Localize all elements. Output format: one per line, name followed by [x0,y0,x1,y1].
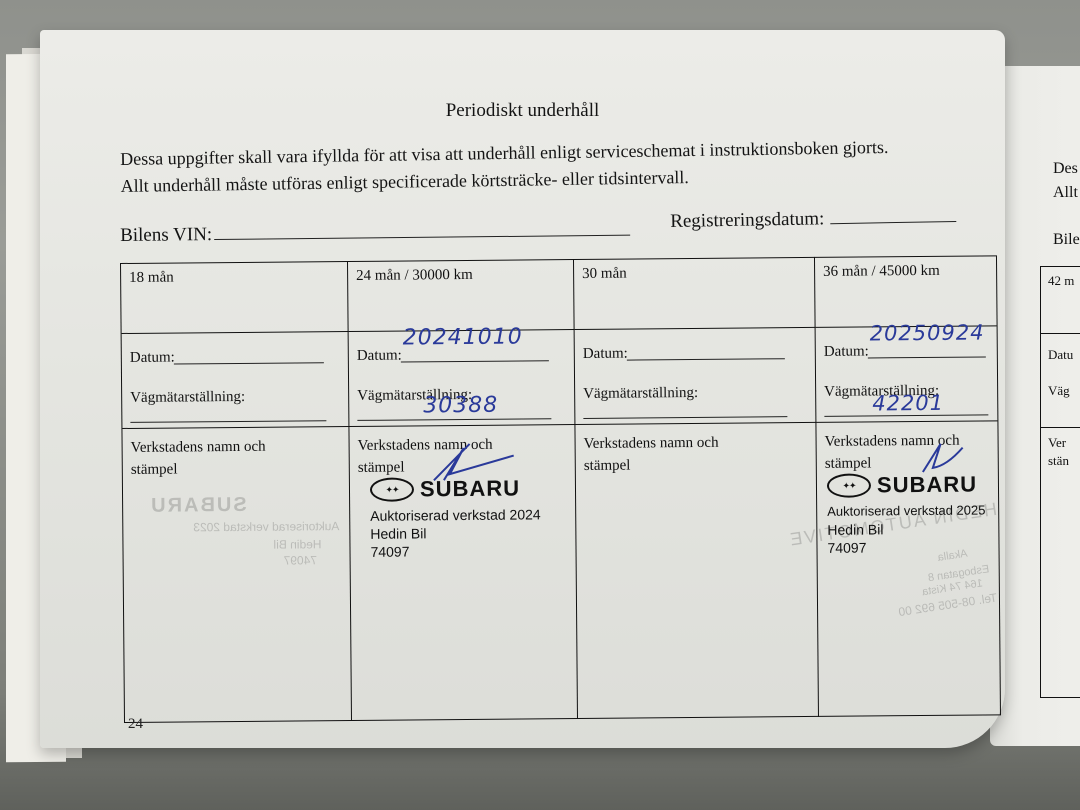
odometer-label: Vägmätarställning: [583,385,698,403]
date-input-line[interactable] [868,356,986,358]
stamp-line: Hedin Bil [827,519,985,538]
stamp-cell[interactable]: Verkstadens namn och stämpel HEDIN AUTOM… [816,420,1000,717]
date-odometer-cell[interactable]: Datum: Vägmätarställning: [575,327,817,425]
signature-mark [917,436,977,477]
bleed-through-stamp-text: Hedin Bil [273,537,321,551]
page-title: Periodiskt underhåll [40,100,1005,122]
vin-label: Bilens VIN: [120,224,212,246]
date-input-line[interactable] [174,362,324,364]
next-page-stamp-label: stän [1048,453,1069,469]
intro-text: Dessa uppgifter skall vara ifyllda för a… [120,132,1001,200]
stamp-line: Auktoriserad verkstad 2024 [370,505,541,524]
interval-cell: 30 mån [574,257,816,330]
odometer-input-line[interactable] [130,420,326,423]
odometer-label: Vägmätarställning: [130,389,245,407]
next-page-text: Allt [1053,184,1078,202]
bleed-through-stamp-text: Auktoriserad verkstad 2023 [193,519,339,534]
date-input-line[interactable] [401,360,549,362]
subaru-logo-icon: ✦✦ [370,477,414,501]
service-table: 18 mån Datum: Vägmätarställning: Verksta… [120,255,999,723]
page-number: 24 [128,716,143,733]
interval-label: 18 mån [129,270,174,287]
date-label: Datum: [357,348,402,365]
stamp-label: Verkstadens namn och stämpel [131,436,266,481]
date-label: Datum: [824,343,869,360]
booklet-page: Periodiskt underhåll Dessa uppgifter ska… [40,30,1005,748]
service-column: 30 mån Datum: Vägmätarställning: Verksta… [573,257,819,719]
stamp-cell[interactable]: Verkstadens namn och stämpel [575,422,819,719]
service-column: 24 mån / 30000 km Datum: 20241010 Vägmät… [347,259,578,721]
stamp-line: Auktoriserad verkstad 2025 [827,501,985,520]
bleed-through-dealer: Tel. 08-505 692 00 [898,591,998,620]
interval-label: 24 mån / 30000 km [356,267,473,285]
stamp-cell[interactable]: Verkstadens namn och stämpel SUBARU Aukt… [122,426,352,723]
vin-field[interactable]: Bilens VIN: [120,217,630,247]
stamp-line: 74097 [370,541,541,560]
next-page-date-label: Datu [1048,347,1073,363]
date-label: Datum: [130,350,175,367]
date-input-line[interactable] [627,358,785,360]
interval-cell: 18 mån [121,261,349,334]
stamp-brand: SUBARU [877,472,977,499]
subaru-logo-icon: ✦✦ [827,473,871,497]
handwritten-date: 20250924 [870,320,985,345]
handwritten-odometer: 42201 [872,391,944,416]
handwritten-date: 20241010 [403,324,523,350]
date-odometer-cell[interactable]: Datum: 20241010 Vägmätarställning: 30388 [349,329,576,427]
next-page-stamp-label: Ver [1048,435,1066,451]
workshop-stamp: ✦✦ SUBARU Auktoriserad verkstad 2024 Hed… [370,475,541,560]
interval-cell: 36 mån / 45000 km [815,255,997,328]
service-column: 36 mån / 45000 km Datum: 20250924 Vägmät… [814,255,1001,717]
registration-date-input-line[interactable] [830,203,956,224]
next-page-text: Bile [1053,231,1080,249]
date-label: Datum: [583,346,628,363]
interval-label: 36 mån / 45000 km [823,263,940,281]
odometer-input-line[interactable] [357,418,551,421]
stamp-line: Hedin Bil [370,523,541,542]
stamp-label: Verkstadens namn och stämpel [584,432,719,477]
registration-date-label: Registreringsdatum: [670,208,824,232]
next-page-table: 42 m Datu Väg Ver stän [1040,266,1080,698]
handwritten-odometer: 30388 [423,393,498,419]
next-page-text: Des [1053,160,1078,178]
next-page-interval: 42 m [1048,273,1074,289]
bleed-through-stamp-brand: SUBARU [149,494,247,518]
stamp-brand: SUBARU [420,476,520,503]
next-page-odometer-label: Väg [1048,383,1070,399]
stamp-line: 74097 [827,537,985,556]
vin-input-line[interactable] [214,217,630,240]
stamp-cell[interactable]: Verkstadens namn och stämpel ✦✦ SUBARU A… [349,424,578,721]
workshop-stamp: ✦✦ SUBARU Auktoriserad verkstad 2025 Hed… [827,471,986,556]
date-odometer-cell[interactable]: Datum: 20250924 Vägmätarställning: 42201 [816,325,998,423]
service-column: 18 mån Datum: Vägmätarställning: Verksta… [120,261,352,723]
odometer-input-line[interactable] [583,416,787,419]
bleed-through-stamp-text: 74097 [284,553,317,567]
date-odometer-cell[interactable]: Datum: Vägmätarställning: [122,331,350,429]
interval-label: 30 mån [582,266,627,283]
registration-date-field[interactable]: Registreringsdatum: [670,203,956,233]
interval-cell: 24 mån / 30000 km [348,259,575,332]
